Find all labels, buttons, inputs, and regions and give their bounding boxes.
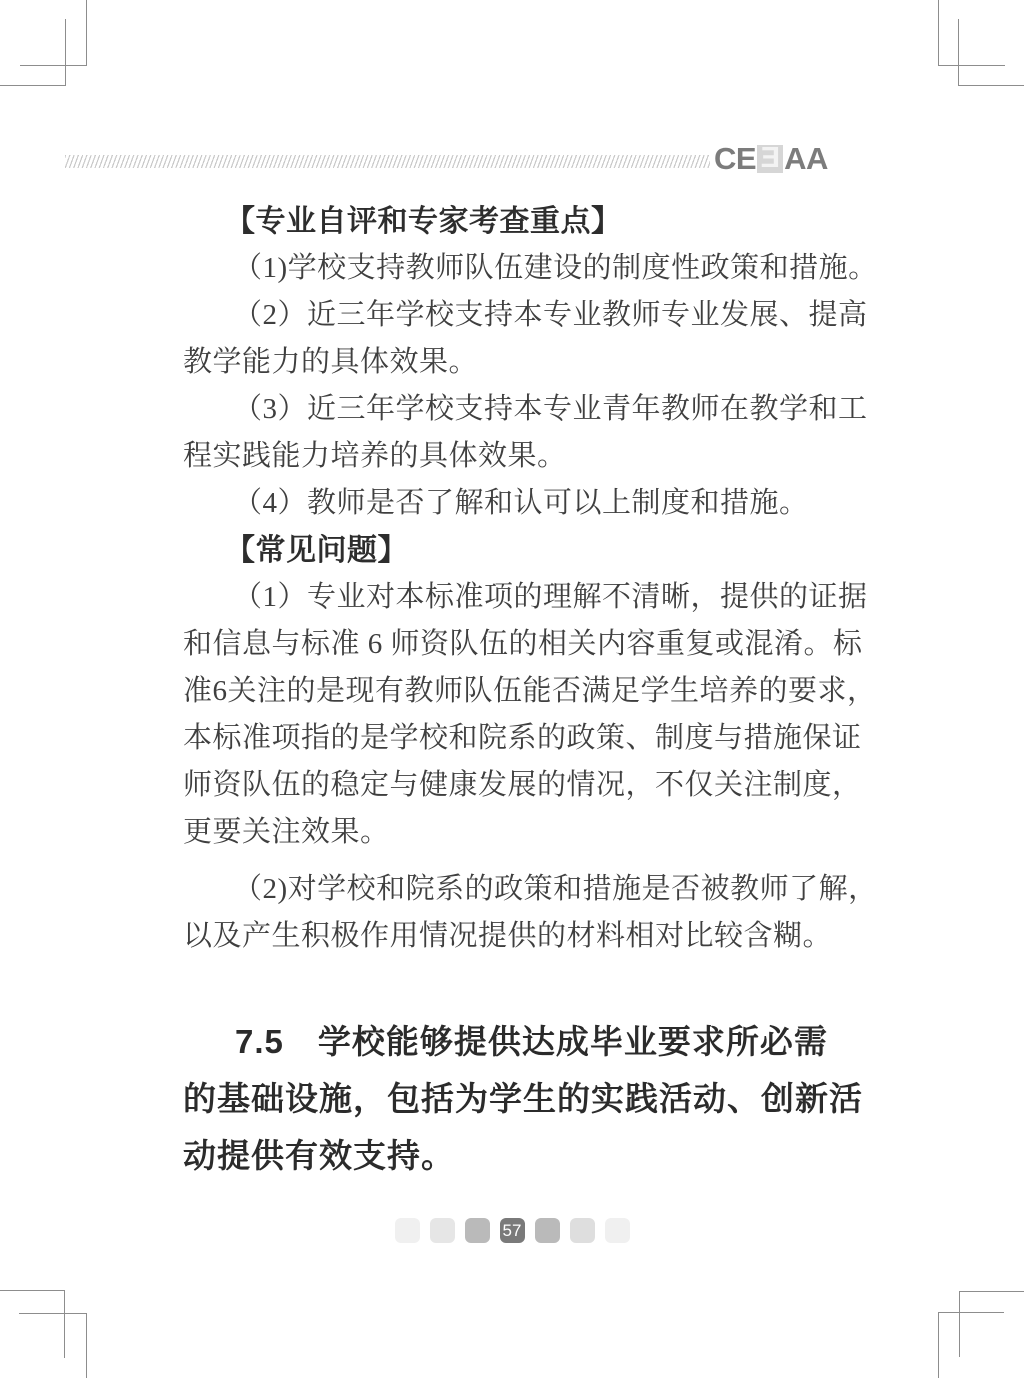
body-text-line: （3）近三年学校支持本专业青年教师在教学和工 [183, 386, 873, 433]
crop-mark-top-left [20, 65, 87, 66]
body-text-line: 准6关注的是现有教师队伍能否满足学生培养的要求， [183, 668, 873, 715]
body-text-line: （1)学校支持教师队伍建设的制度性政策和措施。 [183, 245, 873, 292]
body-text-line: 教学能力的具体效果。 [183, 339, 873, 386]
subsection-heading-self-review: 【专业自评和专家考查重点】 [183, 198, 873, 245]
footer-square [570, 1218, 595, 1243]
footer-square [535, 1218, 560, 1243]
crop-mark-bottom-right [959, 1291, 1024, 1292]
crop-mark-bottom-right [938, 1312, 1004, 1313]
crop-mark-bottom-left [19, 1313, 87, 1314]
logo-text-aa: AA [784, 141, 828, 177]
section-heading-line: 的基础设施，包括为学生的实践活动、创新活 [183, 1070, 903, 1127]
footer-square [605, 1218, 630, 1243]
body-text-block: 【专业自评和专家考查重点】 （1)学校支持教师队伍建设的制度性政策和措施。 （2… [183, 198, 873, 960]
crop-mark-top-right [958, 85, 1024, 86]
crop-mark-top-left [65, 19, 66, 86]
body-text-line: 程实践能力培养的具体效果。 [183, 433, 873, 480]
footer-square [430, 1218, 455, 1243]
body-text-line: （1）专业对本标准项的理解不清晰，提供的证据 [183, 574, 873, 621]
page-number-badge: 57 [500, 1218, 525, 1243]
crop-mark-top-left [86, 0, 87, 65]
crop-mark-top-right [958, 19, 959, 86]
ceeaa-logo: CE Ǝ AA [714, 141, 828, 177]
section-heading-line: 动提供有效支持。 [183, 1127, 903, 1184]
body-text-line: 师资队伍的稳定与健康发展的情况，不仅关注制度， [183, 762, 873, 809]
body-text-line: （4）教师是否了解和认可以上制度和措施。 [183, 480, 873, 527]
footer-square [395, 1218, 420, 1243]
section-7-5-heading: 7.5 学校能够提供达成毕业要求所必需 的基础设施，包括为学生的实践活动、创新活… [183, 1013, 903, 1184]
header-hatch-rule [65, 155, 710, 168]
crop-mark-bottom-left [64, 1290, 65, 1358]
section-heading-line: 7.5 学校能够提供达成毕业要求所必需 [183, 1013, 903, 1070]
logo-square: Ǝ [757, 145, 783, 173]
crop-mark-bottom-right [938, 1312, 939, 1378]
body-text-line: 本标准项指的是学校和院系的政策、制度与措施保证 [183, 715, 873, 762]
crop-mark-bottom-left [0, 1290, 65, 1291]
crop-mark-bottom-right [959, 1291, 960, 1357]
logo-text-ce: CE [714, 141, 756, 177]
body-text-line: 和信息与标准 6 师资队伍的相关内容重复或混淆。标 [183, 621, 873, 668]
footer-square [465, 1218, 490, 1243]
crop-mark-top-left [0, 85, 66, 86]
crop-mark-top-right [938, 65, 1005, 66]
body-text-line: （2)对学校和院系的政策和措施是否被教师了解， [183, 866, 873, 913]
crop-mark-top-right [938, 0, 939, 66]
body-text-line: 更要关注效果。 [183, 809, 873, 856]
body-text-line: 以及产生积极作用情况提供的材料相对比较含糊。 [183, 913, 873, 960]
crop-mark-bottom-left [86, 1313, 87, 1378]
body-text-line: （2）近三年学校支持本专业教师专业发展、提高 [183, 292, 873, 339]
footer-page-indicator: 57 [0, 1218, 1024, 1243]
document-page: CE Ǝ AA 【专业自评和专家考查重点】 （1)学校支持教师队伍建设的制度性政… [0, 0, 1024, 1378]
subsection-heading-common-problems: 【常见问题】 [183, 527, 873, 574]
logo-reversed-e-glyph: Ǝ [761, 144, 780, 173]
